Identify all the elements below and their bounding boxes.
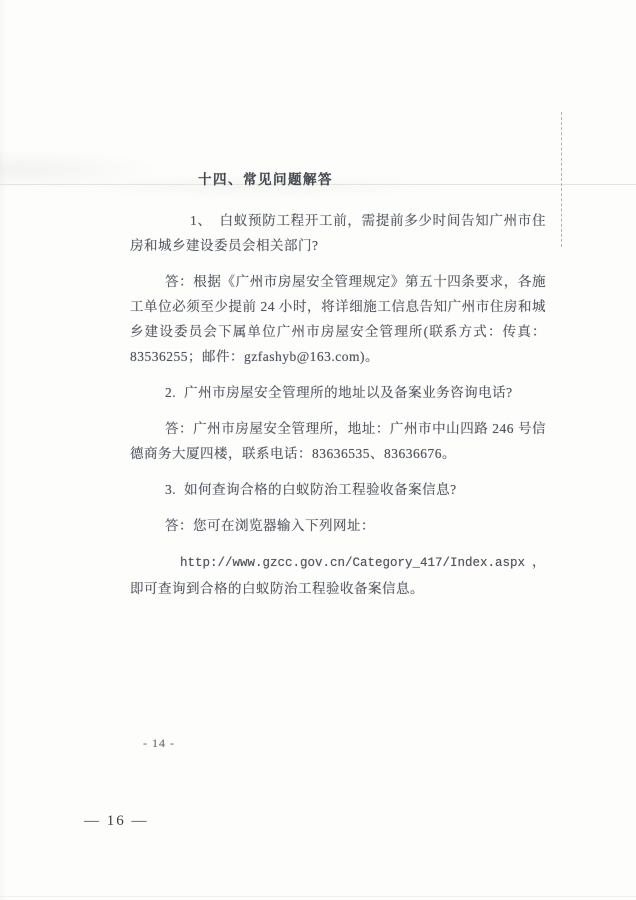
question-3-text: 如何查询合格的白蚁防治工程验收备案信息? <box>184 482 457 497</box>
question-3: 3.如何查询合格的白蚁防治工程验收备案信息? <box>130 477 546 502</box>
section-heading: 十四、常见问题解答 <box>198 170 546 190</box>
outer-page-number: — 16 — <box>84 813 149 830</box>
answer-1: 答：根据《广州市房屋安全管理规定》第五十四条要求，各施工单位必须至少提前 24 … <box>130 269 546 369</box>
question-2-text: 广州市房屋安全管理所的地址以及备案业务咨询电话? <box>184 385 513 400</box>
answer-3-url: http://www.gzcc.gov.cn/Category_417/Inde… <box>180 556 525 570</box>
margin-vertical-line-artifact <box>561 112 562 247</box>
answer-3-intro: 答：您可在浏览器输入下列网址： <box>130 513 546 538</box>
question-2-number: 2. <box>165 385 176 400</box>
answer-2: 答：广州市房屋安全管理所，地址：广州市中山四路 246 号信德商务大厦四楼，联系… <box>130 416 546 466</box>
scan-bottom-edge-artifact <box>0 896 636 897</box>
answer-3-url-line: http://www.gzcc.gov.cn/Category_417/Inde… <box>130 549 546 601</box>
question-1-number: 1、 <box>190 213 212 228</box>
document-body: 十四、常见问题解答 1、白蚁预防工程开工前，需提前多少时间告知广州市住房和城乡建… <box>130 170 546 612</box>
question-3-number: 3. <box>165 482 176 497</box>
question-2: 2.广州市房屋安全管理所的地址以及备案业务咨询电话? <box>130 380 546 405</box>
question-1: 1、白蚁预防工程开工前，需提前多少时间告知广州市住房和城乡建设委员会相关部门? <box>130 208 546 258</box>
inner-page-number: - 14 - <box>143 736 175 751</box>
